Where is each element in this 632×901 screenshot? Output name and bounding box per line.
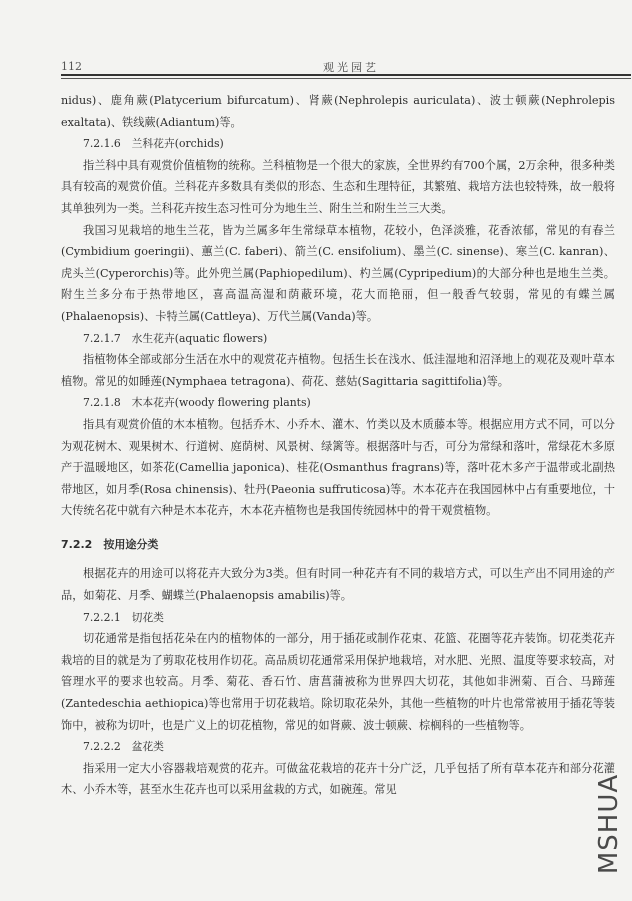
paragraph-fern-continuation: nidus)、鹿角蕨(Platycerium bifurcatum)、肾蕨(Ne… <box>61 90 615 133</box>
running-title: 观光园艺 <box>323 59 379 75</box>
heading-7-2-2-1-cut-flowers: 7.2.2.1 切花类 <box>61 607 615 629</box>
watermark: MSHUA <box>594 754 624 894</box>
body-text: nidus)、鹿角蕨(Platycerium bifurcatum)、肾蕨(Ne… <box>61 90 615 801</box>
heading-7-2-2-by-use: 7.2.2 按用途分类 <box>61 534 615 556</box>
heading-7-2-2-2-potted-flowers: 7.2.2.2 盆花类 <box>61 736 615 758</box>
paragraph-woody-flowers: 指具有观赏价值的木本植物。包括乔木、小乔木、灌木、竹类以及木质藤本等。根据应用方… <box>61 414 615 522</box>
watermark-text: MSHUA <box>594 774 624 874</box>
header-rule-thick <box>61 74 631 76</box>
heading-7-2-1-6-orchids: 7.2.1.6 兰科花卉(orchids) <box>61 133 615 155</box>
heading-7-2-1-8-woody: 7.2.1.8 木本花卉(woody flowering plants) <box>61 392 615 414</box>
paragraph-orchids-definition: 指兰科中具有观赏价值植物的统称。兰科植物是一个很大的家族，全世界约有700个属，… <box>61 155 615 220</box>
paragraph-by-use-intro: 根据花卉的用途可以将花卉大致分为3类。但有时同一种花卉有不同的栽培方式，可以生产… <box>61 563 615 606</box>
page-header: 112 观光园艺 <box>61 58 631 74</box>
book-page: 112 观光园艺 nidus)、鹿角蕨(Platycerium bifurcat… <box>0 0 632 901</box>
paragraph-cut-flowers: 切花通常是指包括花朵在内的植物体的一部分，用于插花或制作花束、花篮、花圈等花卉装… <box>61 628 615 736</box>
paragraph-aquatic-flowers: 指植物体全部或部分生活在水中的观赏花卉植物。包括生长在浅水、低洼湿地和沼泽地上的… <box>61 349 615 392</box>
page-number: 112 <box>61 60 82 73</box>
paragraph-potted-flowers: 指采用一定大小容器栽培观赏的花卉。可做盆花栽培的花卉十分广泛，几乎包括了所有草本… <box>61 758 615 801</box>
heading-7-2-1-7-aquatic: 7.2.1.7 水生花卉(aquatic flowers) <box>61 328 615 350</box>
paragraph-orchids-types: 我国习见栽培的地生兰花，皆为兰属多年生常绿草本植物，花较小，色泽淡雅，花香浓郁，… <box>61 220 615 328</box>
header-rule-thin <box>61 78 631 79</box>
